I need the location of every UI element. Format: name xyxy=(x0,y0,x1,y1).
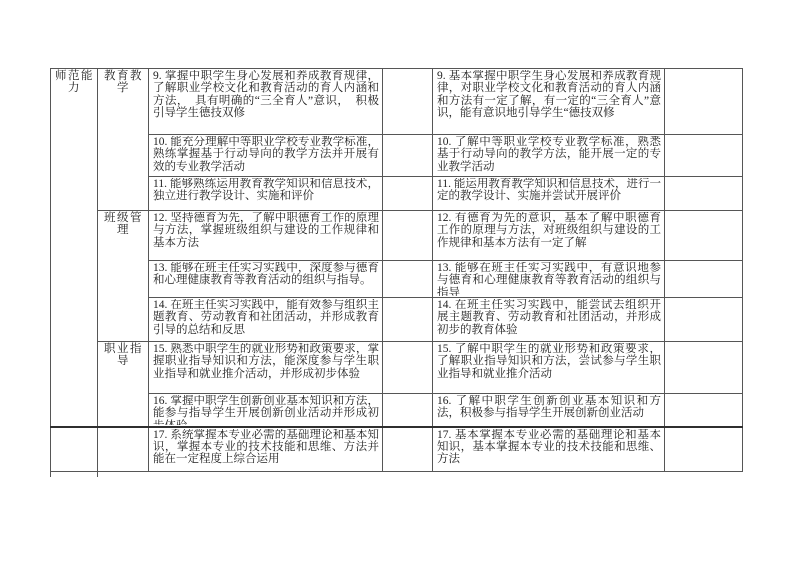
table-row: 17. 系统掌握本专业必需的基础理论和基本知识，掌握本专业的技术技能和思维、方法… xyxy=(51,427,743,472)
standard-text-right-14: 14. 在班主任实习实践中，能尝试去组织开展主题教育、劳动教育和社团活动，并形成… xyxy=(433,298,665,342)
standard-text-right-11: 11. 能运用教育教学知识和信息技术，进行一定的教学设计、实施并尝试开展评价 xyxy=(433,177,665,211)
standard-text-right-9: 9. 基本掌握中职学生身心发展和养成教育规律，对职业学校文化和教育活动的育人内涵… xyxy=(433,69,665,135)
standard-text-right-12: 12. 有德育为先的意识，基本了解中职德育工作的原理与方法，对班级组织与建设的工… xyxy=(433,211,665,261)
standard-text-right-16: 16. 了解中职学生创新创业基本知识和方法，积极参与指导学生开展创新创业活动 xyxy=(433,394,665,427)
table-row: 13. 能够在班主任实习实践中，深度参与德育和心理健康教育等教育活动的组织与指导… xyxy=(51,261,743,298)
standard-text-right-15: 15. 了解中职学生的就业形势和政策要求，了解职业指导知识和方法，尝试参与学生职… xyxy=(433,342,665,394)
table-row: 16. 掌握中职学生创新创业基本知识和方法，能参与指导学生开展创新创业活动并形成… xyxy=(51,394,743,427)
blank-score-cell xyxy=(383,177,433,211)
blank-score-cell xyxy=(665,261,743,298)
standard-text-left-10: 10. 能充分理解中等职业学校专业教学标准，熟练掌握基于行动导向的教学方法并开展… xyxy=(149,135,383,177)
blank-score-cell xyxy=(383,69,433,135)
standard-text-left-17: 17. 系统掌握本专业必需的基础理论和基本知识，掌握本专业的技术技能和思维、方法… xyxy=(149,427,383,472)
standard-text-right-17: 17. 基本掌握本专业必需的基础理论和基本知识，基本掌握本专业的技术技能和思维、… xyxy=(433,427,665,472)
category-cell-class-management: 班级管理 xyxy=(98,211,149,342)
blank-score-cell xyxy=(665,427,743,472)
table-row: 师范能力 教育教学 9. 掌握中职学生身心发展和养成教育规律，了解职业学校文化和… xyxy=(51,69,743,135)
group-cell-teaching-ability: 师范能力 xyxy=(51,69,98,427)
competency-standards-table: 师范能力 教育教学 9. 掌握中职学生身心发展和养成教育规律，了解职业学校文化和… xyxy=(50,68,743,472)
blank-score-cell xyxy=(383,211,433,261)
standard-text-left-14: 14. 在班主任实习实践中，能有效参与组织主题教育、劳动教育和社团活动，并形成教… xyxy=(149,298,383,342)
category-cell-career-guidance: 职业指导 xyxy=(98,342,149,427)
standard-text-left-9: 9. 掌握中职学生身心发展和养成教育规律，了解职业学校文化和教育活动的育人内涵和… xyxy=(149,69,383,135)
standard-text-left-16: 16. 掌握中职学生创新创业基本知识和方法，能参与指导学生开展创新创业活动并形成… xyxy=(149,394,383,427)
blank-score-cell xyxy=(383,261,433,298)
blank-score-cell xyxy=(383,394,433,427)
blank-score-cell xyxy=(665,298,743,342)
document-page: 师范能力 教育教学 9. 掌握中职学生身心发展和养成教育规律，了解职业学校文化和… xyxy=(0,0,800,566)
blank-score-cell xyxy=(383,427,433,472)
border-stub-left xyxy=(50,471,51,477)
table-row: 班级管理 12. 坚持德育为先，了解中职德育工作的原理与方法，掌握班级组织与建设… xyxy=(51,211,743,261)
standard-text-right-10: 10. 了解中等职业学校专业教学标准，熟悉基于行动导向的教学方法，能开展一定的专… xyxy=(433,135,665,177)
blank-score-cell xyxy=(383,298,433,342)
standard-text-right-13: 13. 能够在班主任实习实践中，有意识地参与德育和心理健康教育等教育活动的组织与… xyxy=(433,261,665,298)
border-stub-category xyxy=(97,471,98,477)
blank-score-cell xyxy=(665,394,743,427)
blank-score-cell xyxy=(665,135,743,177)
category-cell-education-teaching: 教育教学 xyxy=(98,69,149,211)
standard-text-left-12: 12. 坚持德育为先，了解中职德育工作的原理与方法，掌握班级组织与建设的工作规律… xyxy=(149,211,383,261)
category-cell-empty xyxy=(98,427,149,472)
table-row: 职业指导 15. 熟悉中职学生的就业形势和政策要求，掌握职业指导知识和方法，能深… xyxy=(51,342,743,394)
table-row: 14. 在班主任实习实践中，能有效参与组织主题教育、劳动教育和社团活动，并形成教… xyxy=(51,298,743,342)
blank-score-cell xyxy=(665,177,743,211)
blank-score-cell xyxy=(665,342,743,394)
table-row: 11. 能够熟练运用教育教学知识和信息技术，独立进行教学设计、实施和评价 11.… xyxy=(51,177,743,211)
standard-text-left-13: 13. 能够在班主任实习实践中，深度参与德育和心理健康教育等教育活动的组织与指导… xyxy=(149,261,383,298)
group-cell-next-empty xyxy=(51,427,98,472)
blank-score-cell xyxy=(665,69,743,135)
blank-score-cell xyxy=(383,135,433,177)
standard-text-left-15: 15. 熟悉中职学生的就业形势和政策要求，掌握职业指导知识和方法，能深度参与学生… xyxy=(149,342,383,394)
standard-text-left-11: 11. 能够熟练运用教育教学知识和信息技术，独立进行教学设计、实施和评价 xyxy=(149,177,383,211)
blank-score-cell xyxy=(383,342,433,394)
table-row: 10. 能充分理解中等职业学校专业教学标准，熟练掌握基于行动导向的教学方法并开展… xyxy=(51,135,743,177)
blank-score-cell xyxy=(665,211,743,261)
